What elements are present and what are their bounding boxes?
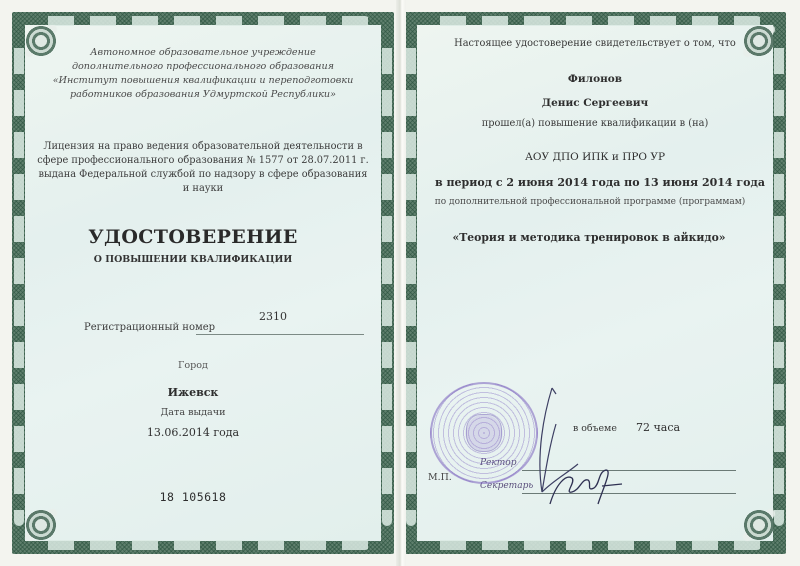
certificate-scan: Автономное образовательное учреждение до… — [0, 0, 800, 566]
city-label: Город — [6, 360, 380, 371]
volume-value: 72 часа — [636, 421, 680, 434]
training-organization: АОУ ДПО ИПК и ПРО УР — [418, 151, 772, 163]
seal-place-label: М.П. — [428, 472, 452, 483]
registration-number: 2310 — [259, 310, 287, 323]
city-value: Ижевск — [6, 386, 380, 399]
right-page: Настоящее удостоверение свидетельствует … — [418, 26, 772, 540]
passed-statement: прошел(а) повышение квалификации в (на) — [418, 118, 772, 129]
registration-underline — [196, 334, 364, 335]
serial-number: 18 105618 — [6, 490, 380, 504]
document-subtitle: О ПОВЫШЕНИИ КВАЛИФИКАЦИИ — [6, 254, 380, 265]
secretary-signature-icon — [542, 464, 632, 510]
document-title: УДОСТОВЕРЕНИЕ — [6, 226, 380, 248]
holder-name: Денис Сергеевич — [418, 97, 772, 109]
program-label: по дополнительной профессиональной прогр… — [408, 197, 772, 207]
training-period: в период с 2 июня 2014 года по 13 июня 2… — [428, 176, 772, 189]
institution-name: Автономное образовательное учреждение до… — [46, 46, 360, 102]
left-page: Автономное образовательное учреждение до… — [26, 26, 380, 540]
certificate-intro: Настоящее удостоверение свидетельствует … — [418, 38, 772, 49]
program-name: «Теория и методика тренировок в айкидо» — [406, 231, 772, 244]
page-fold — [396, 0, 406, 566]
registration-number-field: Регистрационный номер 2310 — [84, 316, 364, 336]
issue-date: 13.06.2014 года — [6, 426, 380, 439]
holder-surname: Филонов — [418, 73, 772, 85]
issue-date-label: Дата выдачи — [6, 407, 380, 418]
license-info: Лицензия на право ведения образовательно… — [36, 140, 370, 196]
registration-label: Регистрационный номер — [84, 322, 215, 333]
